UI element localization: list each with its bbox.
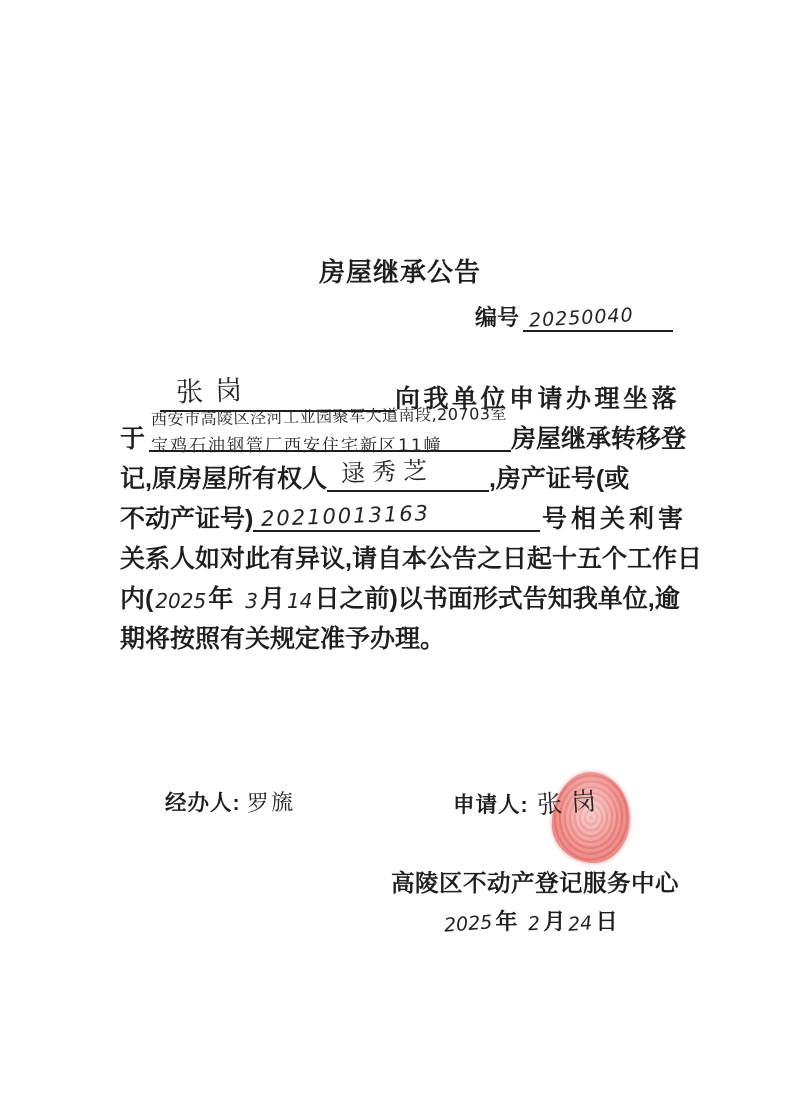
- handwritten-document-number: 20250040: [529, 304, 635, 331]
- handwritten-applicant-name: 张岗: [175, 368, 254, 410]
- handwritten-deadline-year: 2025: [155, 589, 206, 613]
- applicant-signature-row: 申请人: 张岗: [453, 783, 605, 819]
- issue-year-unit: 年: [495, 905, 517, 936]
- handwritten-certificate-number: 20210013163: [261, 501, 431, 531]
- handler-signature-row: 经办人: 罗旒: [165, 786, 295, 817]
- issue-date-row: 2025 年 2 月 24 日: [441, 905, 618, 936]
- applicant-label: 申请人:: [453, 788, 529, 819]
- body-line-3-prefix: 记,原房屋所有权人: [120, 465, 327, 494]
- handwritten-issue-month: 2: [528, 913, 542, 936]
- body-line-4: 不动产证号) 20210013163 号相关利害: [120, 496, 687, 534]
- number-label: 编号: [475, 301, 519, 332]
- body-line-5-text: 关系人如对此有异议,请自本公告之日起十五个工作日: [120, 545, 702, 574]
- issue-month-unit: 月: [543, 905, 565, 936]
- handwritten-issue-day: 24: [568, 912, 594, 936]
- body-line-6-prefix: 内(: [120, 585, 153, 614]
- deadline-month-unit: 月: [260, 585, 285, 614]
- document-number-row: 编号 20250040: [475, 300, 673, 332]
- handwritten-deadline-month: 3: [245, 589, 258, 613]
- handler-label: 经办人:: [165, 786, 241, 817]
- handwritten-applicant-signature: 张岗: [535, 781, 605, 822]
- body-line-6: 内( 2025 年 3 月 14 日之前)以书面形式告知我单位,逾: [120, 576, 687, 614]
- deadline-year-unit: 年: [208, 585, 233, 614]
- body-line-3-suffix: ,房产证号(或: [489, 465, 629, 494]
- body-line-2-text: 房屋继承转移登: [511, 425, 686, 454]
- body-line-7: 期将按照有关规定准予办理。: [120, 616, 687, 654]
- handwritten-handler-signature: 罗旒: [246, 785, 295, 818]
- body-line-4-prefix: 不动产证号): [120, 505, 253, 534]
- body-line-5: 关系人如对此有异议,请自本公告之日起十五个工作日: [120, 536, 687, 574]
- document-title: 房屋继承公告: [0, 252, 800, 289]
- body-line-7-text: 期将按照有关规定准予办理。: [120, 625, 445, 654]
- handwritten-deadline-day: 14: [287, 589, 312, 613]
- address-blank-underline: 西安市高陵区泾河工业园聚军大道南段,20703室 宝鸡石油钢管厂西安住宅新区11…: [149, 419, 511, 452]
- body-line-3: 记,原房屋所有权人 逯秀芝 ,房产证号(或: [120, 456, 687, 494]
- body-line-4-suffix: 号相关利害: [542, 505, 687, 534]
- body-line-2-prefix: 于: [120, 425, 145, 454]
- body-line-2: 于 西安市高陵区泾河工业园聚军大道南段,20703室 宝鸡石油钢管厂西安住宅新区…: [120, 416, 687, 454]
- handwritten-address-line-1: 西安市高陵区泾河工业园聚军大道南段,20703室: [151, 401, 507, 430]
- certificate-number-blank: 20210013163: [253, 499, 540, 532]
- owner-name-blank: 逯秀芝: [327, 459, 489, 492]
- number-blank-underline: 20250040: [523, 302, 673, 332]
- handwritten-issue-year: 2025: [443, 911, 493, 936]
- body-line-6-suffix: 日之前)以书面形式告知我单位,逾: [314, 585, 679, 614]
- issuing-organization: 高陵区不动产登记服务中心: [391, 864, 679, 898]
- scanned-document-page: 房屋继承公告 编号 20250040 张岗 向我单位申请办理坐落 于 西安市高陵…: [0, 0, 800, 1105]
- issue-day-unit: 日: [596, 905, 618, 936]
- handwritten-owner-name: 逯秀芝: [340, 450, 434, 488]
